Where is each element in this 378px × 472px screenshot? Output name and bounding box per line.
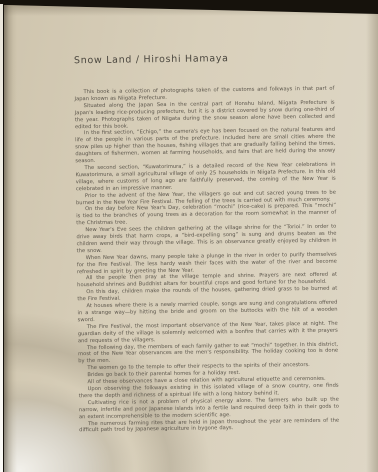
- gutter-shading: [4, 0, 17, 472]
- paragraph: The second section, “Kuwatorimura,” is a…: [75, 162, 335, 193]
- paragraph: The numerous farming rites that are held…: [79, 417, 339, 434]
- photographed-book-page: Snow Land / Hiroshi Hamaya This book is …: [0, 0, 378, 472]
- body-text: This book is a collection of photographs…: [74, 86, 339, 435]
- paragraph: In the first section, “Echigo,” the came…: [75, 127, 335, 165]
- book-page: Snow Land / Hiroshi Hamaya This book is …: [4, 0, 378, 472]
- paragraph: New Year's Eve sees the children gatheri…: [76, 224, 336, 255]
- page-content: Snow Land / Hiroshi Hamaya This book is …: [73, 0, 339, 435]
- page-edge-sliver: [0, 4, 3, 472]
- paragraph: Situated along the Japan Sea in the cent…: [75, 99, 335, 130]
- page-title: Snow Land / Hiroshi Hamaya: [74, 52, 334, 67]
